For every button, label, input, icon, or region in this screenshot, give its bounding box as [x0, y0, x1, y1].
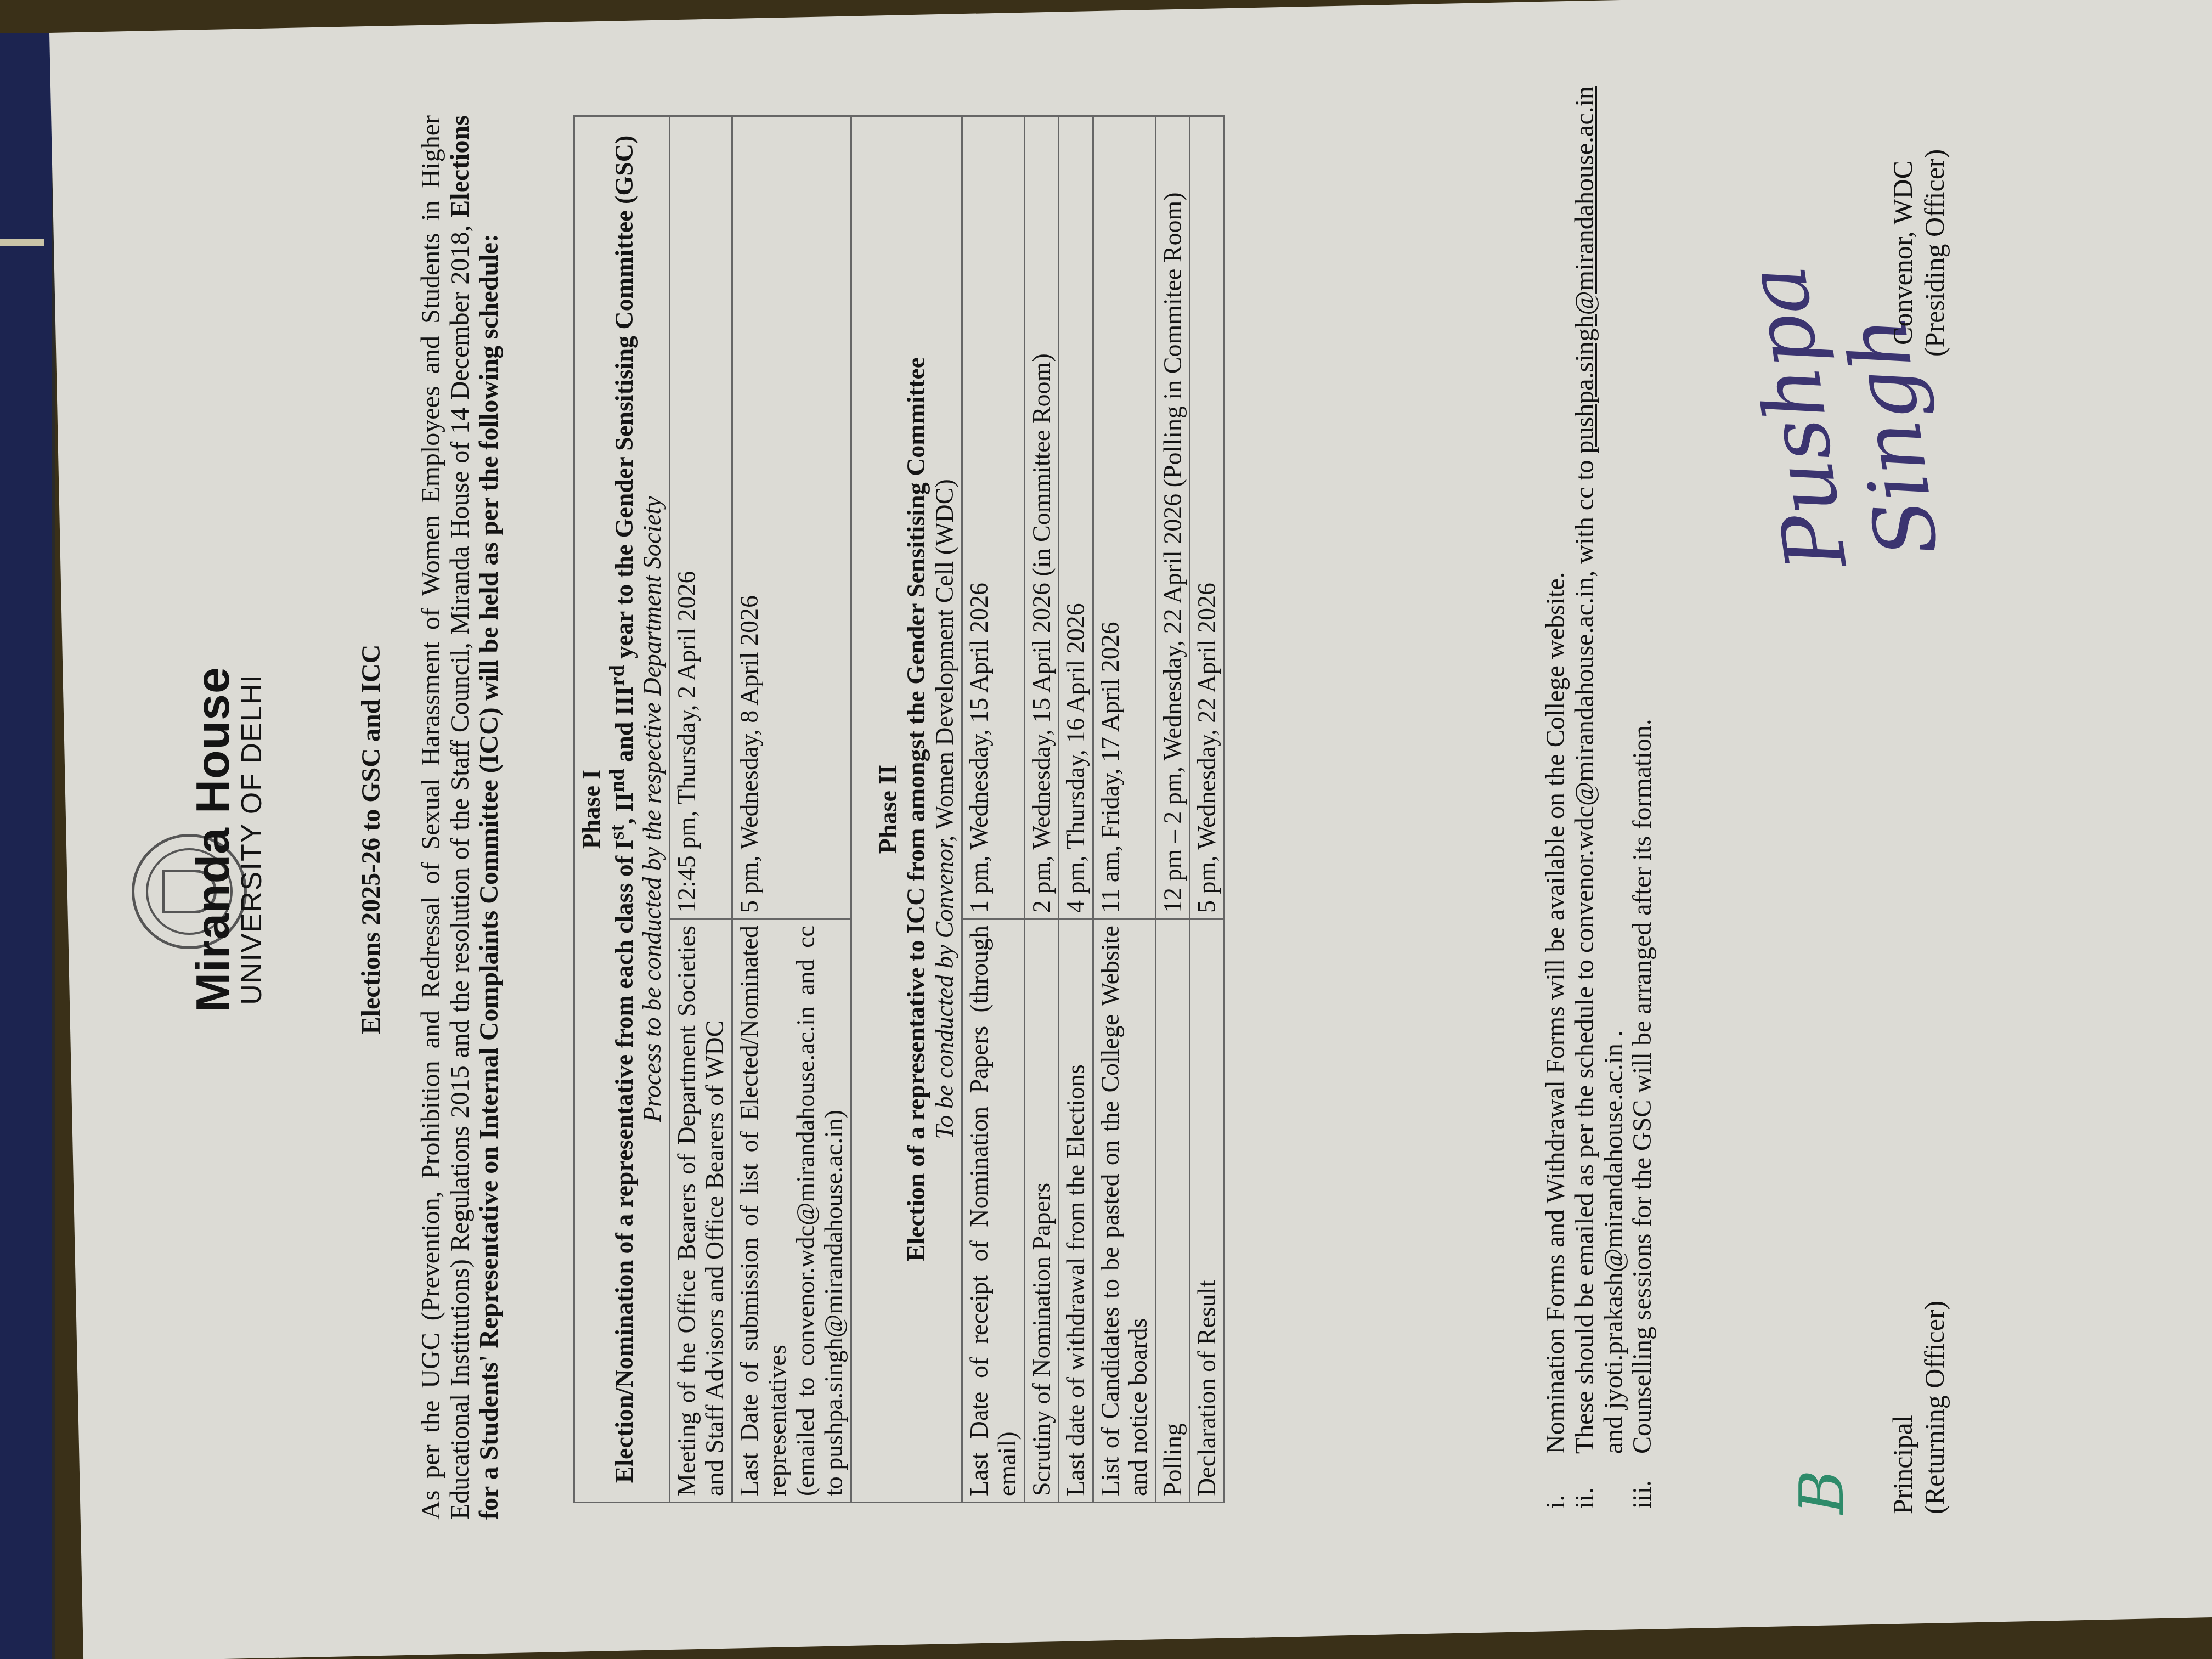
table-row: Last Date of receipt of Nomination Paper…	[962, 116, 1024, 1503]
event-cell: Last Date of receipt of Nomination Paper…	[962, 919, 1024, 1503]
blue-binder	[0, 33, 55, 1659]
phase2-label: Phase II	[874, 122, 902, 1496]
phase2-header: Phase II Election of a representative to…	[851, 116, 962, 1503]
phase2-description: Election of a representative to ICC from…	[902, 122, 930, 1496]
phase2-note: To be conducted by Convenor, Women Devel…	[930, 122, 959, 1496]
event-cell: Scrutiny of Nomination Papers	[1024, 919, 1059, 1503]
letterhead: Miranda House UNIVERSITY OF DELHI	[187, 16, 268, 1659]
note-item: iii.Counselling sessions for the GSC wil…	[1628, 82, 1657, 1509]
event-cell: Meeting of the Office Bearers of Departm…	[669, 919, 732, 1503]
event-cell: Last Date of submission of list of Elect…	[732, 919, 851, 1503]
notice-page: Miranda House UNIVERSITY OF DELHI Electi…	[60, 16, 2156, 1659]
date-cell: 11 am, Friday, 17 April 2026	[1093, 116, 1155, 919]
date-cell: 5 pm, Wednesday, 22 April 2026	[1190, 116, 1224, 919]
university-name: UNIVERSITY OF DELHI	[236, 16, 268, 1659]
event-cell: Polling	[1155, 919, 1190, 1503]
page-title: Elections 2025-26 to GSC and ICC	[357, 16, 386, 1659]
date-cell: 12:45 pm, Thursday, 2 April 2026	[669, 116, 732, 919]
institution-name: Miranda House	[187, 16, 239, 1659]
date-cell: 4 pm, Thursday, 16 April 2026	[1059, 116, 1093, 919]
intro-paragraph: As per the UGC (Prevention, Prohibition …	[417, 115, 504, 1520]
phase1-label: Phase I	[577, 122, 606, 1496]
principal-signature: B	[1788, 1470, 1856, 1514]
principal-block: Principal (Returning Officer)	[1887, 1301, 1950, 1514]
table-row: Meeting of the Office Bearers of Departm…	[669, 116, 732, 1503]
phase1-description: Election/Nomination of a representative …	[606, 122, 639, 1496]
table-row: Last date of withdrawal from the Electio…	[1059, 116, 1093, 1503]
phase1-note: Process to be conducted by the respectiv…	[638, 122, 667, 1496]
event-cell: Declaration of Result	[1190, 919, 1224, 1503]
notes-list: i.Nomination Forms and Withdrawal Forms …	[1542, 82, 1657, 1509]
date-cell: 5 pm, Wednesday, 8 April 2026	[732, 116, 851, 919]
date-cell: 2 pm, Wednesday, 15 April 2026 (in Commi…	[1024, 116, 1059, 919]
convenor-block: Convenor, WDC (Presiding Officer)	[1887, 149, 1950, 357]
table-row: Polling12 pm – 2 pm, Wednesday, 22 April…	[1155, 116, 1190, 1503]
phase1-header: Phase I Election/Nomination of a represe…	[574, 116, 670, 1503]
date-cell: 12 pm – 2 pm, Wednesday, 22 April 2026 (…	[1155, 116, 1190, 919]
email-link[interactable]: pushpa.singh@mirandahouse.ac.in	[1570, 86, 1599, 453]
table-row: List of Candidates to be pasted on the C…	[1093, 116, 1155, 1503]
note-item: i.Nomination Forms and Withdrawal Forms …	[1542, 82, 1571, 1509]
date-cell: 1 pm, Wednesday, 15 April 2026	[962, 116, 1024, 919]
binder-strap	[0, 239, 44, 246]
schedule-table: Phase I Election/Nomination of a represe…	[573, 115, 1225, 1503]
event-cell: Last date of withdrawal from the Electio…	[1059, 919, 1093, 1503]
table-row: Declaration of Result5 pm, Wednesday, 22…	[1190, 116, 1224, 1503]
intro-text: As per the UGC (Prevention, Prohibition …	[416, 115, 475, 1520]
table-row: Scrutiny of Nomination Papers2 pm, Wedne…	[1024, 116, 1059, 1503]
event-cell: List of Candidates to be pasted on the C…	[1093, 919, 1155, 1503]
table-row: Last Date of submission of list of Elect…	[732, 116, 851, 1503]
note-item: ii.These should be emailed as per the sc…	[1571, 82, 1629, 1509]
